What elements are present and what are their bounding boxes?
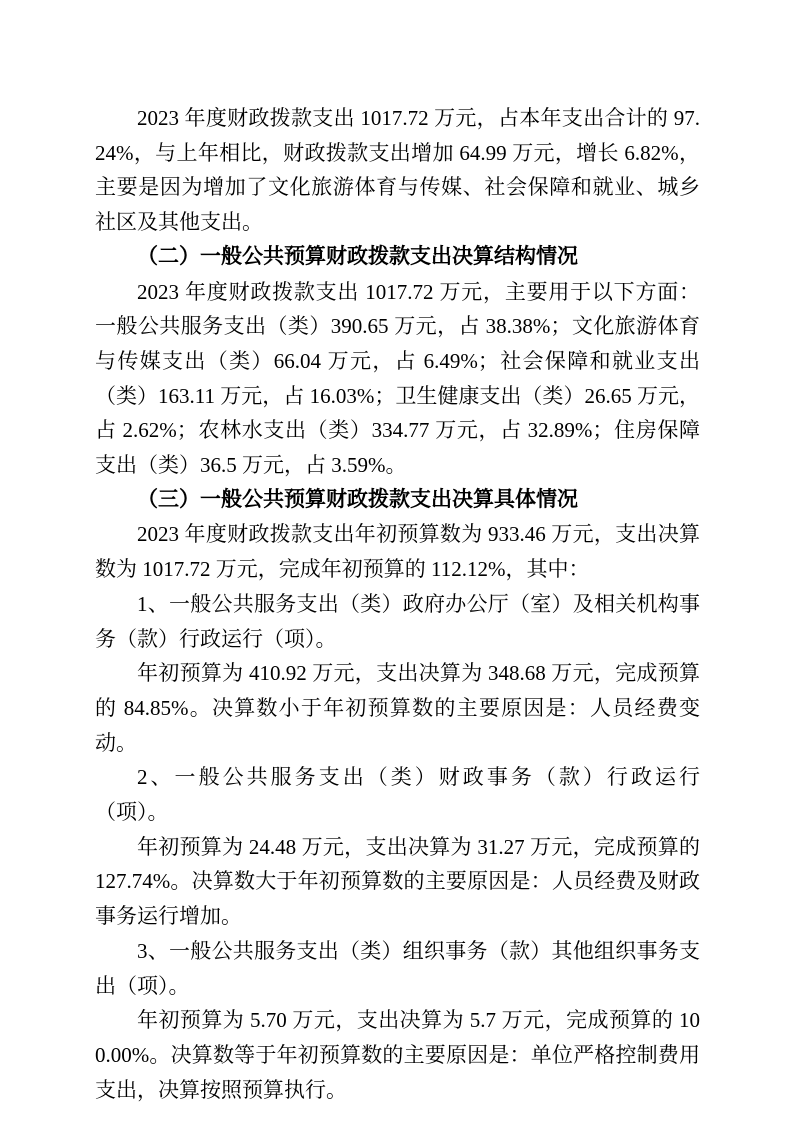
para-item-3-detail: 年初预算为 5.70 万元，支出决算为 5.7 万元，完成预算的 100.00%… [95, 1003, 700, 1107]
document-page: 2023 年度财政拨款支出 1017.72 万元，占本年支出合计的 97.24%… [0, 0, 793, 1122]
para-item-2-detail: 年初预算为 24.48 万元，支出决算为 31.27 万元，完成预算的 127.… [95, 830, 700, 934]
para-budget-vs-final-summary: 2023 年度财政拨款支出年初预算数为 933.46 万元，支出决算数为 101… [95, 517, 700, 586]
para-structure-breakdown: 2023 年度财政拨款支出 1017.72 万元，主要用于以下方面：一般公共服务… [95, 275, 700, 483]
para-item-2-title: 2、一般公共服务支出（类）财政事务（款）行政运行（项）。 [95, 760, 700, 829]
heading-section-2-structure: （二）一般公共预算财政拨款支出决算结构情况 [95, 240, 700, 275]
heading-section-3-details: （三）一般公共预算财政拨款支出决算具体情况 [95, 483, 700, 518]
para-item-1-detail: 年初预算为 410.92 万元，支出决算为 348.68 万元，完成预算的 84… [95, 656, 700, 760]
para-item-1-title: 1、一般公共服务支出（类）政府办公厅（室）及相关机构事务（款）行政运行（项）。 [95, 587, 700, 656]
para-overview-total-expenditure: 2023 年度财政拨款支出 1017.72 万元，占本年支出合计的 97.24%… [95, 101, 700, 240]
para-item-3-title: 3、一般公共服务支出（类）组织事务（款）其他组织事务支出（项）。 [95, 934, 700, 1003]
